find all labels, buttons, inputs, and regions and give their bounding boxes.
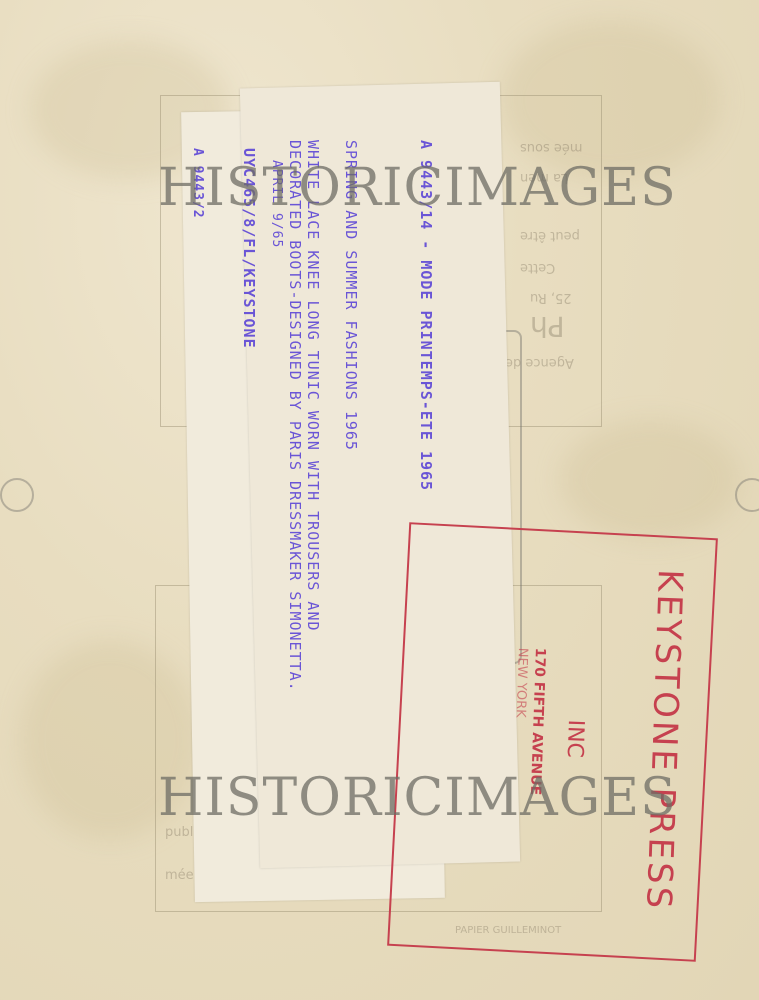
caption-line: DECORATED BOOTS-DESIGNED BY PARIS DRESSM… bbox=[286, 140, 304, 692]
faint-text: Ph bbox=[530, 310, 565, 343]
watermark-scroll bbox=[735, 478, 759, 512]
watermark-scroll bbox=[0, 478, 34, 512]
watermark-bottom: HISTORICIMAGES bbox=[158, 768, 677, 828]
faint-text: Cette bbox=[520, 260, 555, 275]
faint-text: mée sous bbox=[520, 140, 583, 155]
stain bbox=[560, 420, 740, 540]
watermark-top: HISTORICIMAGES bbox=[158, 158, 677, 218]
faint-text: 25, Ru bbox=[530, 290, 572, 305]
stamp-sub: INC bbox=[562, 719, 588, 758]
stamp-city: NEW YORK bbox=[513, 647, 530, 717]
faint-text: peut être bbox=[520, 228, 580, 243]
